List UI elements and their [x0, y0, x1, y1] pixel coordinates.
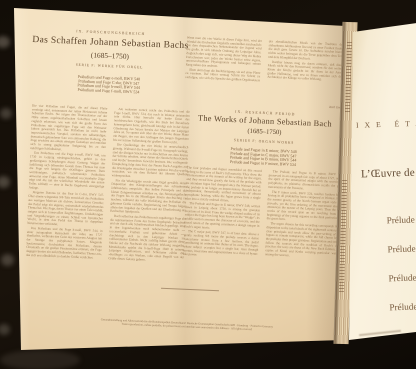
imprint-block: Gesamtherstellung und Alleinvertrieb für… [68, 317, 306, 337]
german-body-text: Die vier Präludien und Fugen, die auf di… [24, 104, 189, 298]
french-eyebrow: IXe ÉTAPE DE RECHERCHES [356, 113, 416, 129]
paragraph: The Prelude and Fugue in E minor, BWV 54… [184, 202, 260, 232]
paragraph: Die vier Präludien und Fugen, die auf di… [30, 104, 107, 153]
edge-print-marks [345, 40, 352, 112]
paragraph: Darüber hinaus mag sie daran erinnern, d… [267, 60, 343, 83]
edge-print-marks [339, 180, 347, 292]
paragraph: Für die Wiedergabe wurde eine Orgel gewä… [110, 179, 187, 217]
german-works-list: Präludium und Fuge e-moll, BWV 548 Prälu… [29, 73, 188, 97]
english-title-block: IX. RESEARCH PERIOD The Works of Johann … [184, 107, 343, 170]
german-title-block: IX. FORSCHUNGSBEREICH Das Schaffen Johan… [29, 27, 190, 99]
paragraph: Das Präludium und die Fuge e-moll, BWV 5… [29, 151, 106, 193]
work-item: Prélude et fugue en si mineur, BWV 544 [388, 260, 416, 294]
liner-notes-spread: IX. FORSCHUNGSBEREICH Das Schaffen Johan… [0, 0, 356, 369]
work-item: Prélude et fugue en fa mineur, BWV 534 [389, 289, 416, 323]
bokeh-highlight [0, 108, 12, 119]
french-title: L’Œuvre de Jean-Sébastien Bach [361, 164, 416, 181]
paragraph: The four preludes and fugues assembled o… [185, 166, 261, 204]
bokeh-highlight [0, 36, 10, 48]
paragraph: Jüngeren Datums ist das Paar in C-dur, B… [27, 191, 104, 229]
english-works-list: Prelude and Fugue in E minor, BWV 548 Pr… [184, 145, 342, 169]
paragraph: The Prelude and Fugue in B minor, BWV 54… [268, 170, 344, 193]
table-surface-glow [0, 350, 80, 369]
bokeh-highlight [1, 254, 14, 266]
photo-of-record-liner-notes: IX. FORSCHUNGSBEREICH Das Schaffen Johan… [0, 0, 416, 369]
paragraph: The F minor work, BWV 534, reaches furth… [267, 190, 343, 224]
french-title-page: IXe ÉTAPE DE RECHERCHES L’Œuvre de Jean-… [346, 14, 416, 348]
paragraph: The organ chosen for this recording corr… [265, 222, 341, 260]
paragraph: Wenn man die vier Werke in dieser Folge … [186, 36, 262, 70]
paragraph: Die Quellenlage der vier Werke ist unter… [112, 143, 189, 181]
german-continuation: Wenn man die vier Werke in dieser Folge … [184, 36, 344, 105]
german-series: SERIE F: WERKE FÜR ORGEL [30, 61, 188, 71]
bokeh-highlight [0, 176, 10, 188]
paragraph: Das Präludium und die Fuge h-moll, BWV 5… [26, 226, 103, 260]
french-works-list: Prélude et fugue en mi mineur, BWV 548 P… [386, 202, 416, 323]
english-body-text: The four preludes and fugues assembled o… [181, 166, 343, 297]
work-item: Prélude et fugue en mi mineur, BWV 548 [386, 202, 416, 236]
french-footer-mark [359, 330, 401, 336]
bokeh-highlight [0, 324, 10, 335]
paragraph: Bach selbst hat das Präludium mit zugehö… [108, 214, 185, 263]
paragraph: Am weitesten zurück reicht das Präludium… [113, 107, 190, 145]
paragraph: The C major pair, BWV 547, is of later d… [183, 230, 259, 260]
work-item: Prélude et fugue en ut majeur, BWV 547 [387, 231, 416, 265]
